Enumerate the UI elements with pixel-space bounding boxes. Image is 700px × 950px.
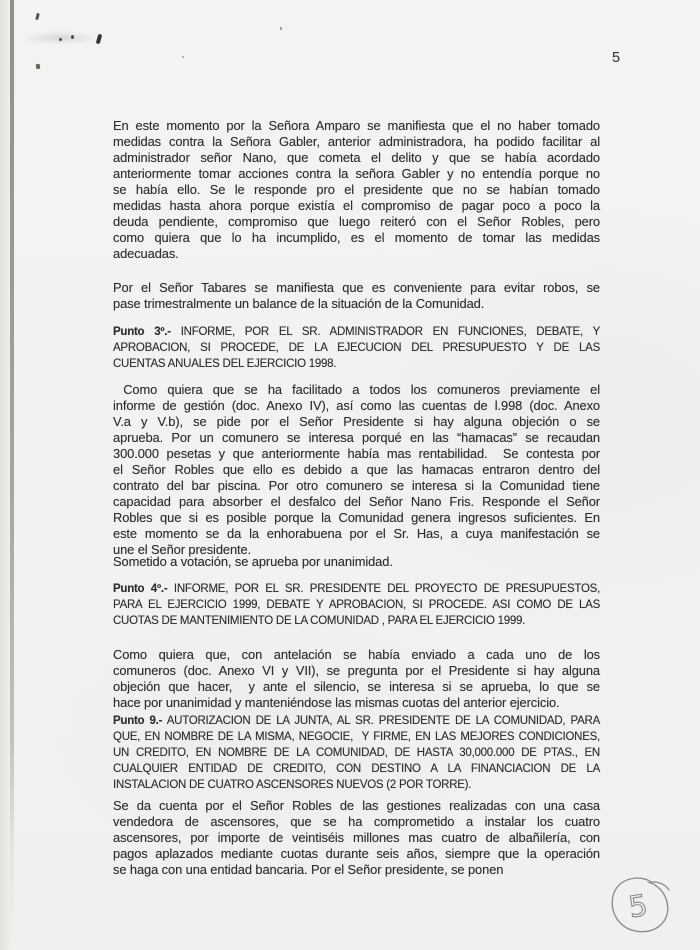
- paragraph-tabares-statement: Por el Señor Tabares se manifiesta que e…: [113, 280, 600, 312]
- pencil-digit: 5: [626, 888, 650, 924]
- handwritten-circled-page-number: 5: [604, 872, 676, 940]
- paragraph-punto-4-discussion: Como quiera que, con antelación se había…: [113, 647, 600, 711]
- scan-edge-line: [10, 0, 14, 950]
- heading-punto-3: Punto 3º.- INFORME, POR EL SR. ADMINISTR…: [113, 324, 600, 372]
- text-line: En este momento por la Señora Amparo se …: [113, 118, 600, 134]
- paragraph-amparo-statement: En este momento por la Señora Amparo se …: [113, 118, 600, 262]
- heading-bold-prefix: Punto 4º.-: [113, 583, 167, 595]
- text-line: CUALQUIER ENTIDAD DE CREDITO, CON DESTIN…: [113, 761, 600, 777]
- text-line: comuneros (doc. Anexo VI y VII), se preg…: [113, 663, 600, 679]
- text-line: pagos aplazados mediante cuotas durante …: [113, 846, 600, 862]
- text-line: Punto 4º.- INFORME, POR EL SR. PRESIDENT…: [113, 581, 600, 597]
- text-line: adecuadas.: [113, 246, 600, 262]
- text-line: el Señor Robles que ello es debido a que…: [113, 462, 600, 478]
- paragraph-punto-3-vote: Sometido a votación, se aprueba por unan…: [113, 554, 600, 570]
- text-line: Como quiera que se ha facilitado a todos…: [113, 382, 600, 398]
- page-number: 5: [612, 50, 620, 66]
- text-line: objeción que hacer, y ante el silencio, …: [113, 679, 600, 695]
- text-line: vendedora de ascensores, que se ha compr…: [113, 814, 600, 830]
- text-line: este momento se da la enhorabuena por el…: [113, 526, 600, 542]
- text-line: Punto 3º.- INFORME, POR EL SR. ADMINISTR…: [113, 324, 600, 340]
- text-line: INSTALACION DE CUATRO ASCENSORES NUEVOS …: [113, 777, 600, 793]
- ink-speck: [182, 56, 184, 58]
- text-line: Por el Señor Tabares se manifiesta que e…: [113, 280, 600, 296]
- text-line: CUENTAS ANUALES DEL EJERCICIO 1998.: [113, 356, 600, 372]
- text-line: aprueba. Por un comunero se interesa por…: [113, 430, 600, 446]
- heading-punto-9: Punto 9.- AUTORIZACION DE LA JUNTA, AL S…: [113, 713, 600, 793]
- text-line: 300.000 pesetas y que anteriormente habí…: [113, 446, 600, 462]
- ink-speck: [35, 13, 40, 21]
- text-line: informe de gestión (doc. Anexo IV), así …: [113, 398, 600, 414]
- text-line: capacidad para absorber el desfalco del …: [113, 494, 600, 510]
- text-line: CUOTAS DE MANTENIMIENTO DE LA COMUNIDAD …: [113, 613, 600, 629]
- text-line: anteriormente tomar acciones contra la s…: [113, 166, 600, 182]
- text-line: V.a y V.b), se pide por el Señor Preside…: [113, 414, 600, 430]
- text-line: medidas contra la Señora Gabler, anterio…: [113, 134, 600, 150]
- text-line: PARA EL EJERCICIO 1999, DEBATE Y APROBAC…: [113, 597, 600, 613]
- text-line: pase trimestralmente un balance de la si…: [113, 296, 600, 312]
- text-line: Se da cuenta por el Señor Robles de las …: [113, 798, 600, 814]
- ink-speck: [280, 27, 282, 30]
- scanned-document-page: 5 En este momento por la Señora Amparo s…: [0, 0, 700, 950]
- ink-speck: [36, 64, 41, 70]
- text-line: administrador señor Nano, que cometa el …: [113, 150, 600, 166]
- text-line: contrato del bar piscina. Por otro comun…: [113, 478, 600, 494]
- text-line: QUE, EN NOMBRE DE LA MISMA, NEGOCIE, Y F…: [113, 729, 600, 745]
- text-line: se haga con una entidad bancaria. Por el…: [113, 862, 600, 878]
- pencil-circle-icon: 5: [604, 872, 676, 940]
- ink-speck: [71, 35, 74, 39]
- text-line: Robles que si es posible porque la Comun…: [113, 510, 600, 526]
- paragraph-punto-3-discussion: Como quiera que se ha facilitado a todos…: [113, 382, 600, 558]
- text-line: Como quiera que, con antelación se había…: [113, 647, 600, 663]
- text-line: Punto 9.- AUTORIZACION DE LA JUNTA, AL S…: [113, 713, 600, 729]
- text-line: Sometido a votación, se aprueba por unan…: [113, 554, 600, 570]
- text-line: ascensores, por importe de veintiséis mi…: [113, 830, 600, 846]
- text-line: medidas hasta ahora porque existía el co…: [113, 198, 600, 214]
- paragraph-punto-9-discussion: Se da cuenta por el Señor Robles de las …: [113, 798, 600, 878]
- ink-speck: [59, 38, 62, 41]
- text-line: se había ello. Se le responde pro el pre…: [113, 182, 600, 198]
- text-line: APROBACION, SI PROCEDE, DE LA EJECUCION …: [113, 340, 600, 356]
- heading-bold-prefix: Punto 9.-: [113, 715, 162, 727]
- heading-bold-prefix: Punto 3º.-: [113, 326, 171, 338]
- text-line: hace por unanimidad y manteniéndose las …: [113, 695, 600, 711]
- text-line: deuda pendiente, compromiso que luego re…: [113, 214, 600, 230]
- heading-punto-4: Punto 4º.- INFORME, POR EL SR. PRESIDENT…: [113, 581, 600, 629]
- text-line: como quiera que lo ha incumplido, es el …: [113, 230, 600, 246]
- text-line: UN CREDITO, EN NOMBRE DE LA COMUNIDAD, D…: [113, 745, 600, 761]
